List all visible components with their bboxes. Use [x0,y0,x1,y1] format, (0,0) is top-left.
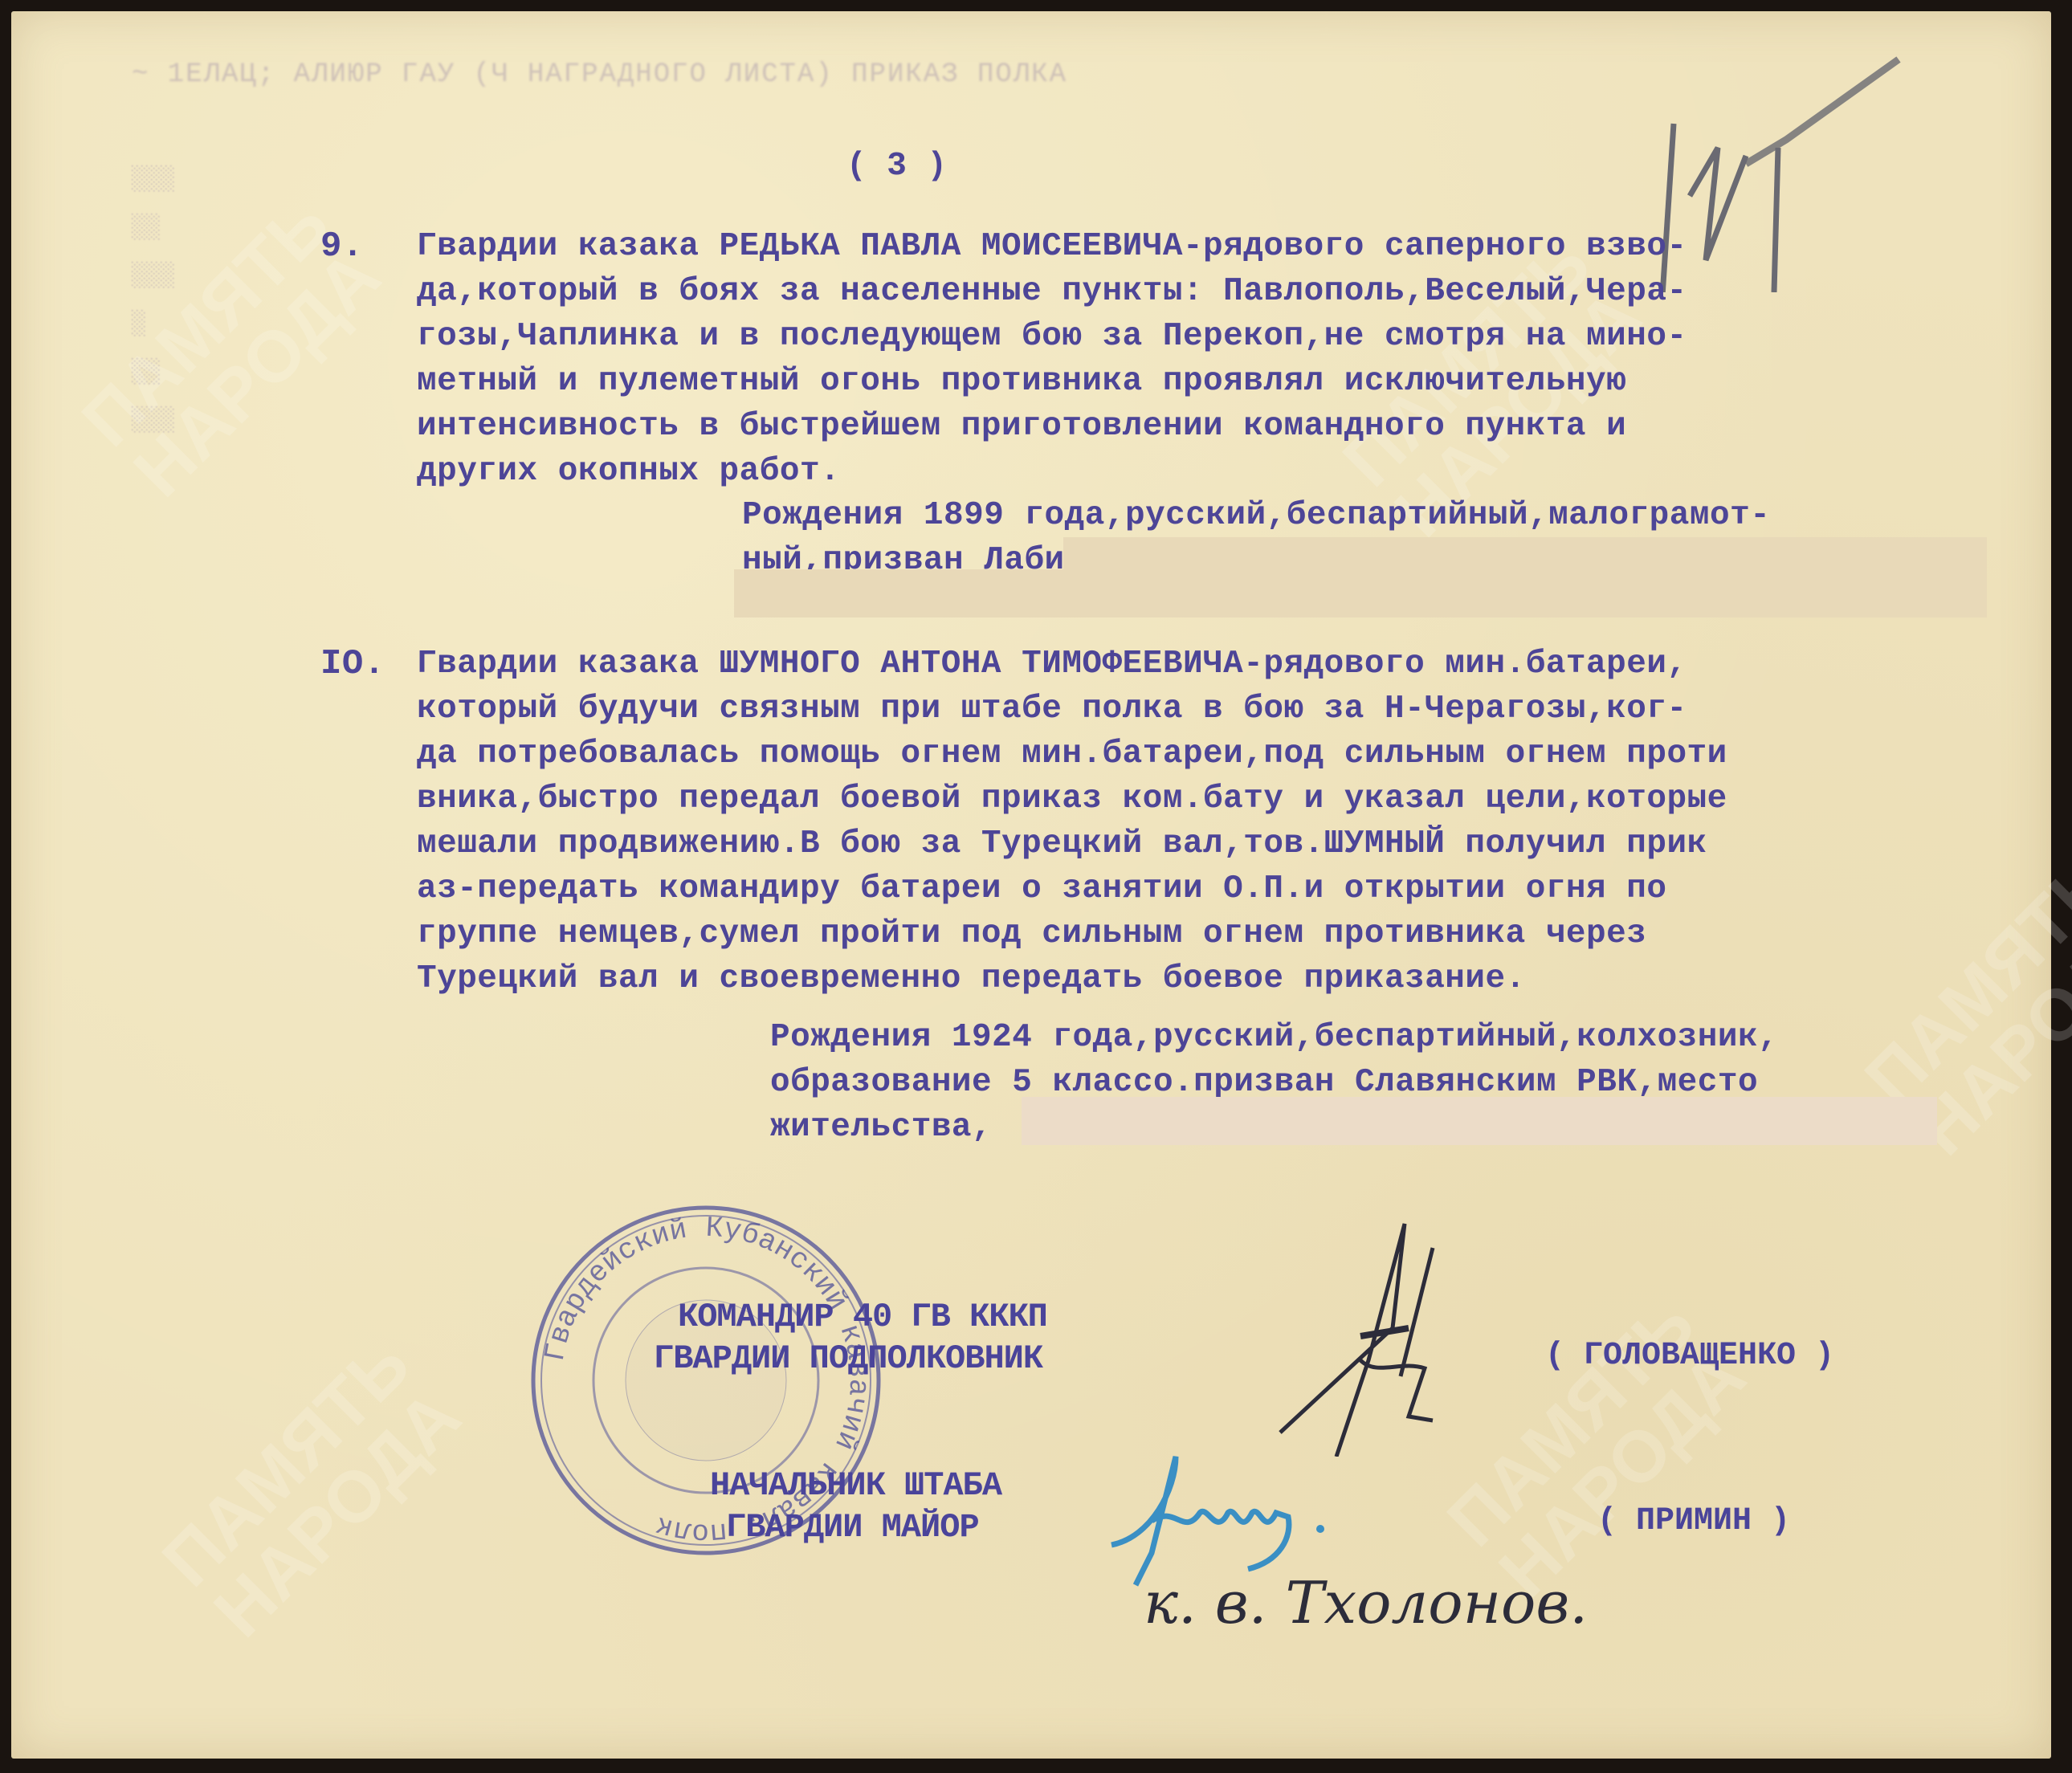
entry-line: Турецкий вал и своевременно передать бое… [417,956,1727,1001]
entry-body: Гвардии казака РЕДЬКА ПАВЛА МОИСЕЕВИЧА-р… [417,224,1687,494]
title-line: ГВАРДИИ МАЙОР [710,1506,1001,1548]
watermark: ПАМЯТЬ НАРОДА [150,1327,473,1650]
commander-name: ( ГОЛОВАЩЕНКО ) [1545,1338,1834,1374]
entry-line: группе немцев,сумел пройти под сильным о… [417,911,1727,956]
redacted-address [1022,1097,1937,1145]
handwritten-sheet-number [1658,51,1979,292]
commander-title: КОМАНДИР 40 ГВ КККП ГВАРДИИ ПОДПОЛКОВНИК [654,1296,1047,1380]
title-line: ГВАРДИИ ПОДПОЛКОВНИК [654,1338,1047,1380]
entry-line: Гвардии казака РЕДЬКА ПАВЛА МОИСЕЕВИЧА-р… [417,224,1687,269]
title-line: КОМАНДИР 40 ГВ КККП [654,1296,1047,1338]
bio-line: Рождения 1924 года,русский,беспартийный,… [770,1015,1778,1060]
entry-line: других окопных работ. [417,449,1687,494]
entry-line: Гвардии казака ШУМНОГО АНТОНА ТИМОФЕЕВИЧ… [417,642,1727,687]
page-number: ( 3 ) [846,144,948,189]
entry-number: IO. [320,642,385,687]
entry-line: метный и пулеметный огонь противника про… [417,359,1687,404]
document-page: ПАМЯТЬ НАРОДА ПАМЯТЬ НАРОДА ПАМЯТЬ НАРОД… [11,11,2051,1759]
entry-line: да потребовалась помощь огнем мин.батаре… [417,732,1727,776]
entry-line: вника,быстро передал боевой приказ ком.б… [417,776,1727,821]
entry-body: Гвардии казака ШУМНОГО АНТОНА ТИМОФЕЕВИЧ… [417,642,1727,1001]
entry-line: мешали продвижению.В бою за Турецкий вал… [417,821,1727,866]
entry-line: гозы,Чаплинка и в последующем бою за Пер… [417,314,1687,359]
entry-line: да,который в боях за населенные пункты: … [417,269,1687,314]
chief-of-staff-title: НАЧАЛЬНИК ШТАБА ГВАРДИИ МАЙОР [710,1465,1001,1548]
faded-margin-marks: ░░░░░░░░░░░░░░ [132,156,308,557]
entry-line: интенсивность в быстрейшем приготовлении… [417,404,1687,449]
bio-line: Рождения 1899 года,русский,беспартийный,… [742,493,1770,538]
title-line: НАЧАЛЬНИК ШТАБА [710,1465,1001,1506]
redacted-address [734,569,1987,617]
entry-line: аз-передать командиру батареи о занятии … [417,866,1727,911]
entry-number: 9. [320,224,364,269]
commander-signature [1248,1200,1553,1457]
chief-of-staff-name: ( ПРИМИН ) [1597,1503,1790,1539]
faded-header-text: ~ 1ЕЛАЦ; АЛИЮР ГАУ (Ч НАГРАДНОГО ЛИСТА) … [132,59,1497,90]
handwritten-note: к. в. Тхолонов. [1144,1569,1588,1636]
redacted-address [1063,537,1987,569]
entry-line: который будучи связным при штабе полка в… [417,687,1727,732]
